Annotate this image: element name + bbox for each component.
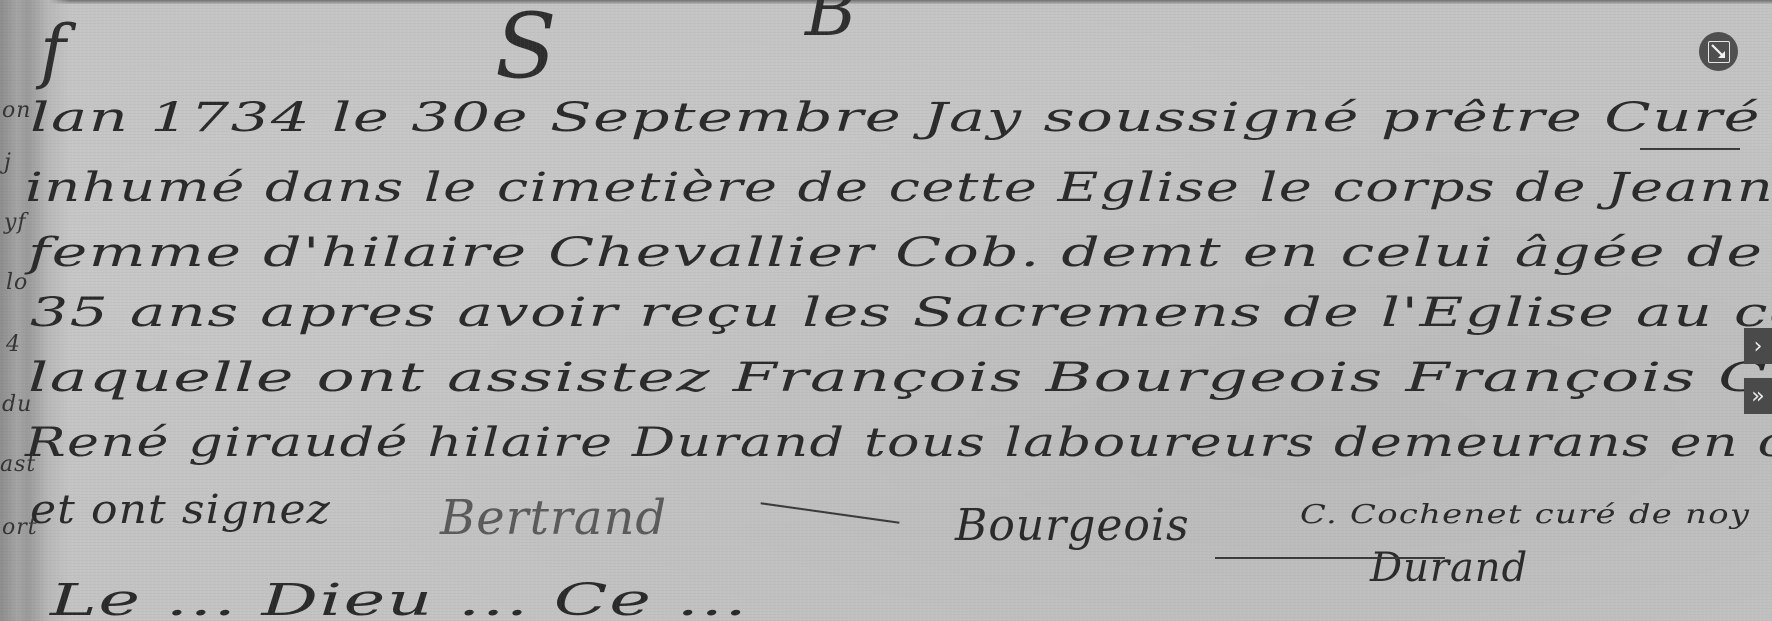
margin-note: lo <box>6 270 28 295</box>
shrink-arrow-icon <box>1708 41 1730 63</box>
next-entry-start: Le ... Dieu ... Ce ... <box>50 575 748 621</box>
signature-underline <box>1215 557 1445 559</box>
scan-edge <box>0 0 1772 4</box>
manuscript-line-1: lan 1734 le 30e Septembre Jay soussigné … <box>30 95 1772 141</box>
exit-fullscreen-button[interactable] <box>1699 32 1738 71</box>
document-viewer: S B f on j yf lo 4 du ast ort lan 1734 l… <box>0 0 1772 621</box>
manuscript-line-2: inhumé dans le cimetière de cette Eglise… <box>25 165 1772 211</box>
manuscript-line-4: 35 ans apres avoir reçu les Sacremens de… <box>30 290 1772 336</box>
signature-bertrand: Bertrand <box>440 490 667 546</box>
chevron-right-icon: › <box>1754 334 1763 359</box>
signature-cure: C. Cochenet curé de noy <box>1300 500 1750 530</box>
margin-note: yf <box>4 210 27 235</box>
manuscript-line-3: femme d'hilaire Chevallier Cob. demt en … <box>28 230 1772 276</box>
margin-note: 4 <box>6 332 21 357</box>
last-page-button[interactable]: » <box>1744 378 1772 414</box>
signature-durand: Durand <box>1370 545 1528 591</box>
manuscript-line-6: René giraudé hilaire Durand tous laboure… <box>25 420 1772 466</box>
flourish-s: S <box>495 0 557 99</box>
margin-note: j <box>4 150 12 175</box>
double-chevron-right-icon: » <box>1751 384 1764 409</box>
next-page-button[interactable]: › <box>1744 328 1772 364</box>
manuscript-line-7: et ont signez <box>30 487 331 533</box>
flourish-f: f <box>40 10 66 92</box>
flourish-b: B <box>805 0 856 52</box>
margin-note: on <box>2 98 31 123</box>
manuscript-line-5: laquelle ont assistez François Bourgeois… <box>28 355 1772 401</box>
signature-flourish <box>761 502 900 523</box>
line-dash <box>1640 148 1740 150</box>
signature-bourgeois: Bourgeois <box>955 500 1190 551</box>
